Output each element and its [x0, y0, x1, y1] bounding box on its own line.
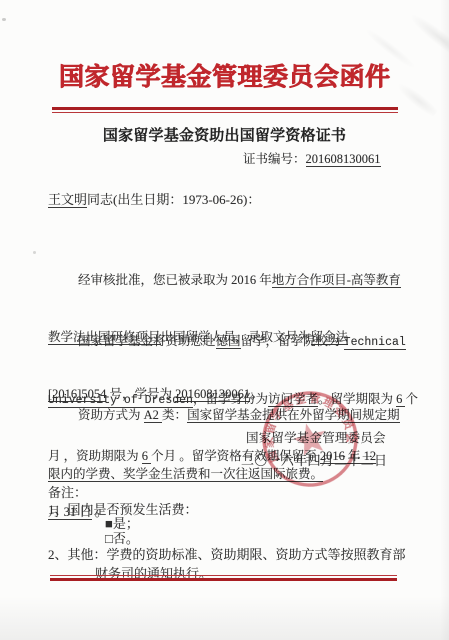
text-run: 国家留学基金将资助您赴: [78, 334, 216, 348]
cert-number-line: 证书编号：201608130061: [243, 152, 381, 167]
cert-number-label: 证书编号：: [243, 152, 306, 166]
scan-shadow-right-edge: [440, 0, 449, 640]
cert-number-value: 201608130061: [306, 152, 381, 167]
document-title: 国家留学基金资助出国留学资格证书: [0, 128, 449, 145]
funding-category: A2: [144, 408, 162, 423]
note-checkbox-yes: ■是；: [105, 516, 139, 532]
salutation-line: 王文明同志(出生日期：1973-06-26)：: [48, 192, 260, 208]
text-run: 类：: [162, 408, 187, 422]
text-run: 资助方式为: [78, 408, 144, 422]
text-run: 经审核批准，您已被录取为 2016 年: [78, 273, 272, 287]
recipient-name: 王文明: [48, 192, 87, 208]
note-checkbox-no: □否。: [105, 531, 139, 547]
seal-star-icon: [290, 420, 329, 458]
salutation-rest: 同志(出生日期：1973-06-26)：: [87, 192, 260, 207]
host-university-part1: Technical: [344, 336, 406, 350]
notes-heading: 备注：: [48, 485, 87, 501]
scan-speck: [2, 18, 6, 21]
text-line: 国家留学基金将资助您赴德国留学，留学院校为 Technical: [48, 332, 418, 353]
project-name-part1: 地方合作项目-高等教育: [272, 273, 401, 288]
scan-speck: [33, 251, 36, 254]
letterhead-divider-line: [52, 107, 398, 113]
note-item-2-line1: 2、其他：学费的资助标准、资助期限、资助方式等按照教育部: [48, 547, 406, 563]
letterhead-title: 国家留学基金管理委员会函件: [0, 62, 449, 94]
footer-divider-line: [50, 575, 397, 581]
scan-shadow-bottom: [0, 596, 449, 640]
destination-country: 德国: [216, 334, 241, 349]
text-run: 留学，留学院校为: [241, 334, 344, 348]
scanned-document-page: 国家留学基金管理委员会函件 国家留学基金资助出国留学资格证书 证书编号：2016…: [0, 0, 449, 640]
text-line: 经审核批准，您已被录取为 2016 年地方合作项目-高等教育: [48, 271, 401, 290]
text-run: 个: [405, 392, 418, 406]
